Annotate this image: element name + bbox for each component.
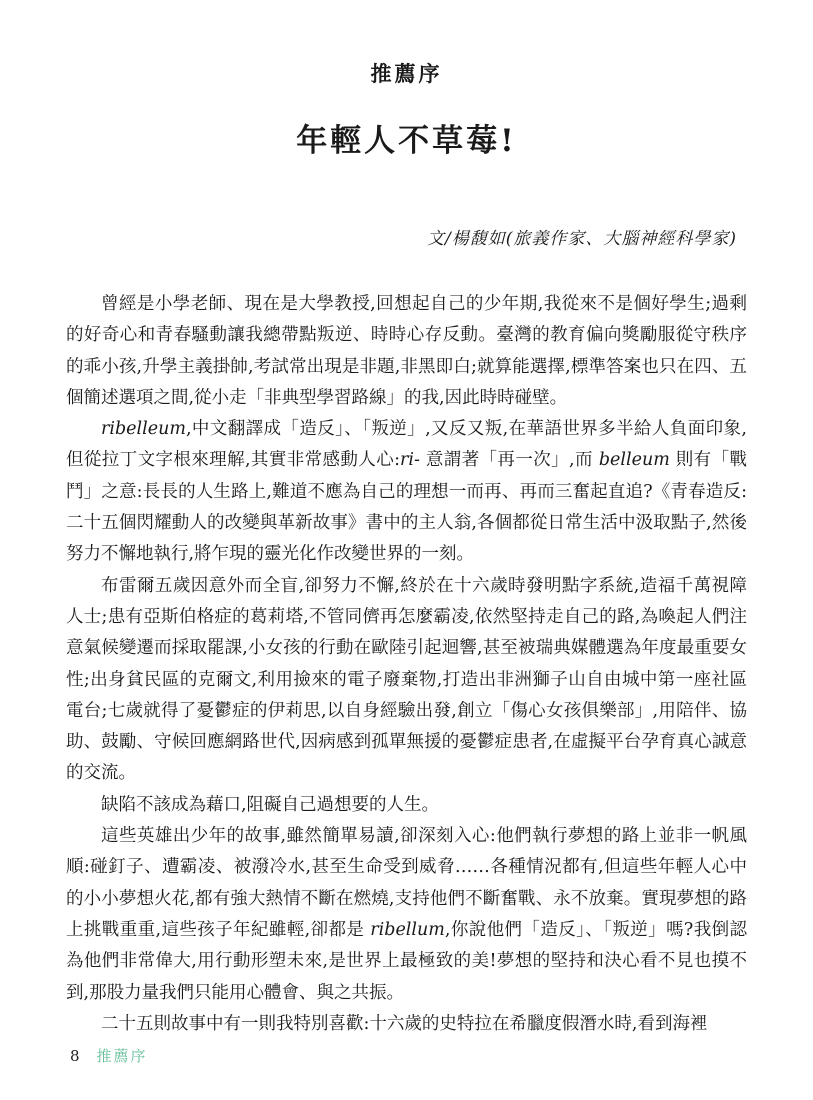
paragraph: 二十五則故事中有一則我特別喜歡:十六歲的史特拉在希臘度假潛水時,看到海裡 [66,1009,747,1040]
latin-term: ribellum [370,920,445,940]
paragraph: ribelleum,中文翻譯成「造反」、「叛逆」,又反又叛,在華語世界多半給人負… [66,414,747,570]
text-segment: 曾經是小學老師、現在是大學教授,回想起自己的少年期,我從來不是個好學生;過剩的好… [66,294,747,408]
paragraph: 曾經是小學老師、現在是大學教授,回想起自己的少年期,我從來不是個好學生;過剩的好… [66,289,747,414]
book-page: 推薦序 年輕人不草莓! 文/楊馥如(旅義作家、大腦神經科學家) 曾經是小學老師、… [0,0,813,1100]
footer-section-label: 推薦序 [97,1045,148,1066]
latin-term: ribelleum [101,419,186,439]
paragraph: 布雷爾五歲因意外而全盲,卻努力不懈,終於在十六歲時發明點字系統,造福千萬視障人士… [66,571,747,790]
body-text: 曾經是小學老師、現在是大學教授,回想起自己的少年期,我從來不是個好學生;過剩的好… [66,289,747,1040]
paragraph: 這些英雄出少年的故事,雖然簡單易讀,卻深刻入心:他們執行夢想的路上並非一帆風順:… [66,821,747,1009]
page-number: 8 [70,1047,80,1065]
latin-term: belleum [599,450,670,470]
section-label: 推薦序 [0,0,813,88]
latin-term: ri- [400,450,420,470]
text-segment: 意謂著「再一次」,而 [420,450,599,470]
paragraph: 缺陷不該成為藉口,阻礙自己過想要的人生。 [66,790,747,821]
text-segment: 缺陷不該成為藉口,阻礙自己過想要的人生。 [101,795,439,815]
text-segment: 布雷爾五歲因意外而全盲,卻努力不懈,終於在十六歲時發明點字系統,造福千萬視障人士… [66,576,747,784]
footer: 8 推薦序 [70,1045,148,1066]
byline: 文/楊馥如(旅義作家、大腦神經科學家) [0,224,737,249]
text-segment: 二十五則故事中有一則我特別喜歡:十六歲的史特拉在希臘度假潛水時,看到海裡 [101,1014,707,1034]
page-title: 年輕人不草莓! [0,115,813,160]
